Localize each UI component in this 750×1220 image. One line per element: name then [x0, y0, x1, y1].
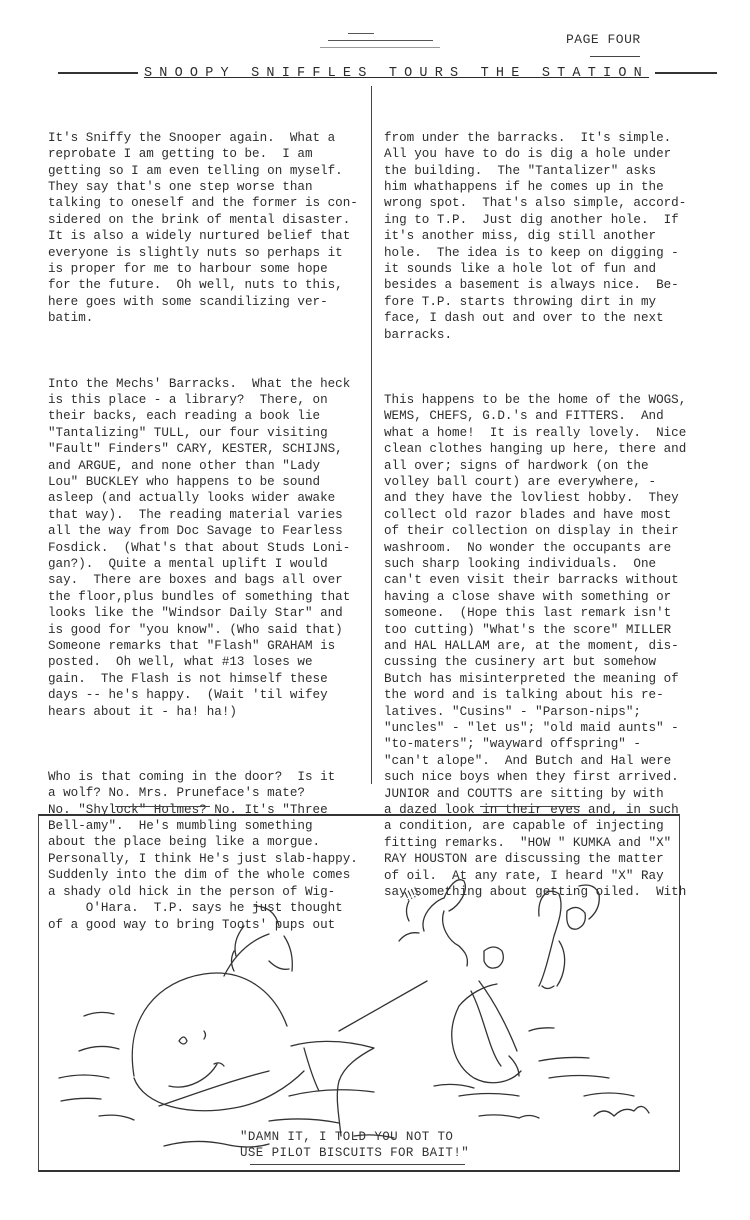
wave: [59, 1075, 109, 1078]
paragraph: Into the Mechs' Barracks. What the heck …: [48, 376, 360, 721]
wave: [479, 1115, 539, 1118]
cartoon-panel: !!!!: [38, 814, 680, 1172]
wave: [61, 1098, 101, 1101]
page-label-rule: [590, 56, 640, 57]
wave: [289, 1090, 374, 1096]
wave: [594, 1106, 649, 1116]
exclamation-marks: !!!!: [402, 884, 421, 904]
headline-bar: SNOOPY SNIFFLES TOURS THE STATION: [58, 62, 698, 84]
page-number-label: PAGE FOUR: [566, 32, 641, 47]
paragraph: It's Sniffy the Snooper again. What a re…: [48, 130, 360, 327]
capsized-boat: [452, 1006, 521, 1083]
left-column-end-rule: [115, 806, 210, 807]
top-decorative-rule: [328, 40, 433, 41]
caption-underline: [250, 1164, 465, 1165]
whale-eye: [179, 1037, 187, 1044]
wave: [529, 1028, 554, 1031]
sailor-falling-1: [423, 880, 465, 931]
paragraph: from under the barracks. It's simple. Al…: [384, 130, 709, 343]
wave: [84, 1012, 114, 1016]
wave: [79, 1046, 119, 1051]
wave: [434, 1084, 474, 1088]
headline-rule-left: [58, 72, 138, 74]
whale-body: [132, 973, 287, 1076]
right-column-end-rule: [480, 806, 580, 807]
sailor-head-1: [484, 947, 503, 968]
whale-spout: [224, 934, 269, 976]
wave: [584, 1093, 634, 1096]
whale-cartoon-illustration: !!!!: [39, 816, 679, 1170]
wave: [549, 1076, 609, 1079]
top-decorative-rule: [348, 33, 374, 34]
wave: [539, 1057, 589, 1061]
wave: [99, 1115, 134, 1120]
article-headline: SNOOPY SNIFFLES TOURS THE STATION: [138, 66, 655, 81]
column-divider: [371, 86, 372, 784]
wave: [459, 1094, 519, 1097]
wave: [269, 1119, 339, 1123]
sailor-falling-2: [539, 891, 561, 986]
newsletter-page: PAGE FOUR SNOOPY SNIFFLES TOURS THE STAT…: [0, 0, 750, 1220]
headline-rule-right: [655, 72, 717, 74]
cartoon-caption: "DAMN IT, I TOLD YOU NOT TO USE PILOT BI…: [240, 1129, 469, 1161]
top-decorative-rule: [320, 47, 440, 48]
